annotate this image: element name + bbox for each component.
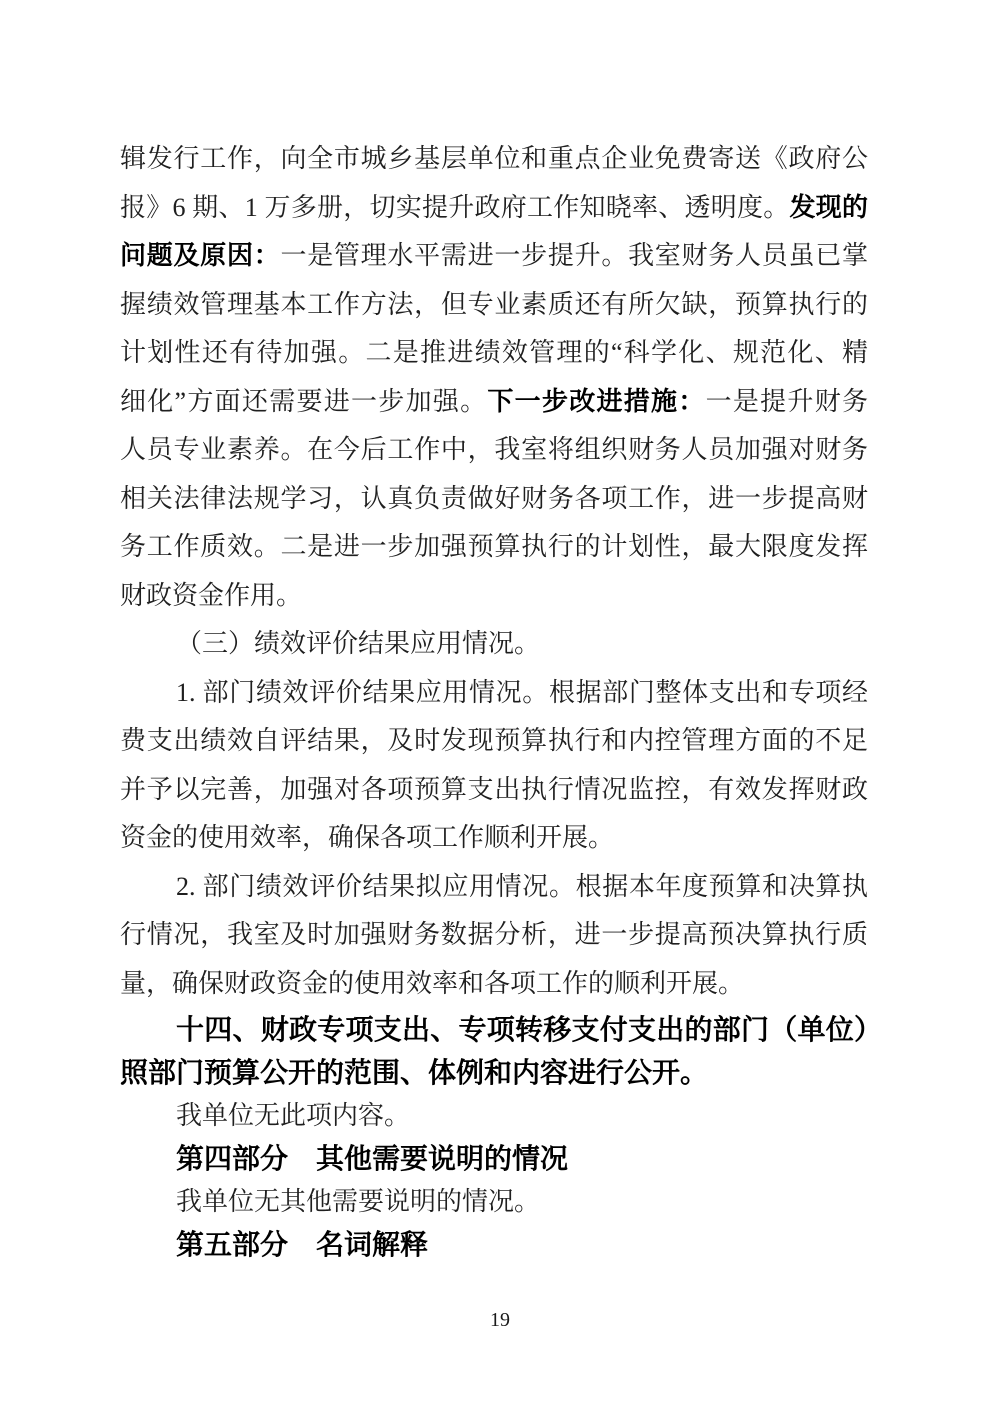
text-line: 行情况，我室及时加强财务数据分析，进一步提高预决算执行质 [120,911,868,960]
text-line: 相关法律法规学习，认真负责做好财务各项工作，进一步提高财 [120,475,868,524]
text-line: （三）绩效评价结果应用情况。 [120,620,868,669]
text-line: 问题及原因：一是管理水平需进一步提升。我室财务人员虽已掌 [120,232,868,281]
text-run: （三）绩效评价结果应用情况。 [176,629,540,658]
text-run: 握绩效管理基本工作方法，但专业素质还有所欠缺，预算执行的 [120,290,868,319]
text-run: 2. 部门绩效评价结果拟应用情况。根据本年度预算和决算执 [176,872,868,901]
text-line: 量，确保财政资金的使用效率和各项工作的顺利开展。 [120,960,868,1009]
text-run: 一是管理水平需进一步提升。我室财务人员虽已掌 [280,241,868,270]
text-line: 握绩效管理基本工作方法，但专业素质还有所欠缺，预算执行的 [120,281,868,330]
document-page: 辑发行工作，向全市城乡基层单位和重点企业免费寄送《政府公报》6 期、1 万多册，… [0,0,1000,1414]
text-line: 费支出绩效自评结果，及时发现预算执行和内控管理方面的不足 [120,717,868,766]
text-line: 人员专业素养。在今后工作中，我室将组织财务人员加强对财务 [120,426,868,475]
text-run: 报》6 期、1 万多册，切实提升政府工作知晓率、透明度。 [120,193,789,222]
heading-line: 照部门预算公开的范围、体例和内容进行公开。 [120,1051,868,1094]
text-run: 第五部分 名词解释 [176,1229,428,1260]
text-run: 费支出绩效自评结果，及时发现预算执行和内控管理方面的不足 [120,726,868,755]
text-run: 照部门预算公开的范围、体例和内容进行公开。 [120,1057,708,1088]
text-run: 一是提升财务 [706,387,868,416]
text-line: 资金的使用效率，确保各项工作顺利开展。 [120,814,868,863]
heading-line: 第五部分 名词解释 [120,1223,868,1266]
text-line: 1. 部门绩效评价结果应用情况。根据部门整体支出和专项经 [120,669,868,718]
text-run: 十四、财政专项支出、专项转移支付支出的部门（单位）参 [120,1014,868,1051]
bold-text-run: 下一步改进措施： [487,387,705,416]
text-line: 细化”方面还需要进一步加强。下一步改进措施：一是提升财务 [120,378,868,427]
text-run: 行情况，我室及时加强财务数据分析，进一步提高预决算执行质 [120,920,868,949]
text-run: 我单位无其他需要说明的情况。 [176,1187,540,1216]
text-run: 相关法律法规学习，认真负责做好财务各项工作，进一步提高财 [120,484,868,513]
text-run: 财政资金作用。 [120,581,302,610]
text-run: 量，确保财政资金的使用效率和各项工作的顺利开展。 [120,969,744,998]
text-run: 1. 部门绩效评价结果应用情况。根据部门整体支出和专项经 [176,678,868,707]
text-run: 务工作质效。二是进一步加强预算执行的计划性，最大限度发挥 [120,532,868,561]
bold-text-run: 发现的 [789,193,868,222]
text-run: 我单位无此项内容。 [176,1101,410,1130]
text-run: 并予以完善，加强对各项预算支出执行情况监控，有效发挥财政 [120,775,868,804]
heading-line: 十四、财政专项支出、专项转移支付支出的部门（单位）参 [120,1008,868,1051]
text-line: 并予以完善，加强对各项预算支出执行情况监控，有效发挥财政 [120,766,868,815]
text-line: 我单位无其他需要说明的情况。 [120,1180,868,1223]
bold-text-run: 问题及原因： [120,241,280,270]
document-body: 辑发行工作，向全市城乡基层单位和重点企业免费寄送《政府公报》6 期、1 万多册，… [120,135,868,1266]
text-run: 细化”方面还需要进一步加强。 [120,387,487,416]
text-run: 辑发行工作，向全市城乡基层单位和重点企业免费寄送《政府公 [120,144,868,173]
text-run: 第四部分 其他需要说明的情况 [176,1143,568,1174]
text-line: 报》6 期、1 万多册，切实提升政府工作知晓率、透明度。发现的 [120,184,868,233]
text-run: 计划性还有待加强。二是推进绩效管理的“科学化、规范化、精 [120,338,868,367]
text-line: 务工作质效。二是进一步加强预算执行的计划性，最大限度发挥 [120,523,868,572]
text-run: 人员专业素养。在今后工作中，我室将组织财务人员加强对财务 [120,435,868,464]
text-run: 资金的使用效率，确保各项工作顺利开展。 [120,823,614,852]
text-line: 财政资金作用。 [120,572,868,621]
text-line: 辑发行工作，向全市城乡基层单位和重点企业免费寄送《政府公 [120,135,868,184]
text-line: 计划性还有待加强。二是推进绩效管理的“科学化、规范化、精 [120,329,868,378]
heading-line: 第四部分 其他需要说明的情况 [120,1137,868,1180]
page-number: 19 [0,1308,1000,1332]
text-line: 2. 部门绩效评价结果拟应用情况。根据本年度预算和决算执 [120,863,868,912]
text-line: 我单位无此项内容。 [120,1094,868,1137]
